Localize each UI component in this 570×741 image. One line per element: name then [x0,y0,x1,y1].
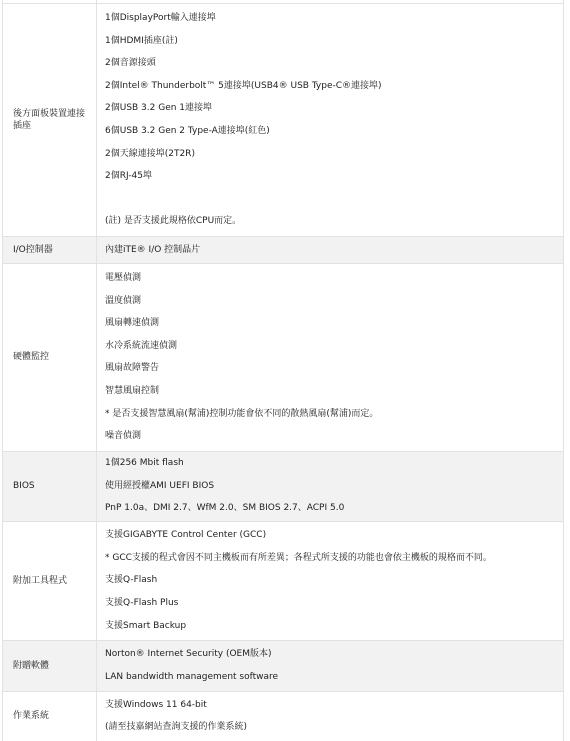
value-line: (請至技嘉網站查詢支援的作業系統) [105,716,557,739]
value-line: 1個256 Mbit flash [105,452,557,475]
value-line: 內建iTE® I/O 控制晶片 [105,239,557,262]
row-label-hardware-monitor: 硬體監控 [3,263,97,451]
value-line: 風扇轉速偵測 [105,312,557,335]
value-line: 風扇故障警告 [105,357,557,380]
row-values-utilities: 支援GIGABYTE Control Center (GCC) * GCC支援的… [97,521,564,640]
footnote: * GCC支援的程式會因不同主機板而有所差異；各程式所支援的功能也會依主機板的規… [105,547,557,570]
value-line: 水冷系統流速偵測 [105,335,557,358]
spec-row-io-controller: I/O控制器 內建iTE® I/O 控制晶片 [3,236,564,263]
spec-table: 後方面板裝置連接插座 1個DisplayPort輸入連接埠 1個HDMI插座(註… [2,0,564,741]
row-values-rear-panel: 1個DisplayPort輸入連接埠 1個HDMI插座(註) 2個音源接頭 2個… [97,4,564,237]
value-line: PnP 1.0a、DMI 2.7、WfM 2.0、SM BIOS 2.7、ACP… [105,497,557,520]
value-line: 2個音源接頭 [105,52,557,75]
spec-row-operating-system: 作業系統 支援Windows 11 64-bit (請至技嘉網站查詢支援的作業系… [3,691,564,741]
spec-row-rear-panel: 後方面板裝置連接插座 1個DisplayPort輸入連接埠 1個HDMI插座(註… [3,4,564,237]
value-line: 支援Smart Backup [105,615,557,638]
row-label-bundled-software: 附贈軟體 [3,640,97,691]
value-line: 2個天線連接埠(2T2R) [105,143,557,166]
value-line: 2個Intel® Thunderbolt™ 5連接埠(USB4® USB Typ… [105,75,557,98]
value-line: 支援Q-Flash [105,569,557,592]
spec-row-bios: BIOS 1個256 Mbit flash 使用經授權AMI UEFI BIOS… [3,451,564,521]
value-line: 支援GIGABYTE Control Center (GCC) [105,524,557,547]
footnote: * 是否支援智慧風扇(幫浦)控制功能會依不同的散熱風扇(幫浦)而定。 [105,403,557,426]
value-line: LAN bandwidth management software [105,666,557,689]
value-line: 支援Windows 11 64-bit [105,694,557,717]
row-values-bios: 1個256 Mbit flash 使用經授權AMI UEFI BIOS PnP … [97,451,564,521]
footnote: (註) 是否支援此規格依CPU而定。 [105,210,557,233]
value-line: 2個USB 3.2 Gen 1連接埠 [105,97,557,120]
row-label-rear-panel: 後方面板裝置連接插座 [3,4,97,237]
row-values-operating-system: 支援Windows 11 64-bit (請至技嘉網站查詢支援的作業系統) [97,691,564,741]
value-line: 噪音偵測 [105,425,557,448]
value-line: 支援Q-Flash Plus [105,592,557,615]
row-values-io-controller: 內建iTE® I/O 控制晶片 [97,236,564,263]
value-line: 使用經授權AMI UEFI BIOS [105,475,557,498]
value-line: 6個USB 3.2 Gen 2 Type-A連接埠(紅色) [105,120,557,143]
spec-row-utilities: 附加工具程式 支援GIGABYTE Control Center (GCC) *… [3,521,564,640]
row-label-utilities: 附加工具程式 [3,521,97,640]
value-line: 溫度偵測 [105,290,557,313]
spacer [105,188,557,211]
row-values-hardware-monitor: 電壓偵測 溫度偵測 風扇轉速偵測 水冷系統流速偵測 風扇故障警告 智慧風扇控制 … [97,263,564,451]
value-line: 1個HDMI插座(註) [105,30,557,53]
spec-row-bundled-software: 附贈軟體 Norton® Internet Security (OEM版本) L… [3,640,564,691]
row-label-operating-system: 作業系統 [3,691,97,741]
value-line: 1個DisplayPort輸入連接埠 [105,7,557,30]
row-label-io-controller: I/O控制器 [3,236,97,263]
value-line: Norton® Internet Security (OEM版本) [105,643,557,666]
row-label-bios: BIOS [3,451,97,521]
row-values-bundled-software: Norton® Internet Security (OEM版本) LAN ba… [97,640,564,691]
value-line: 2個RJ-45埠 [105,165,557,188]
value-line: 智慧風扇控制 [105,380,557,403]
spec-row-hardware-monitor: 硬體監控 電壓偵測 溫度偵測 風扇轉速偵測 水冷系統流速偵測 風扇故障警告 智慧… [3,263,564,451]
value-line: 電壓偵測 [105,267,557,290]
